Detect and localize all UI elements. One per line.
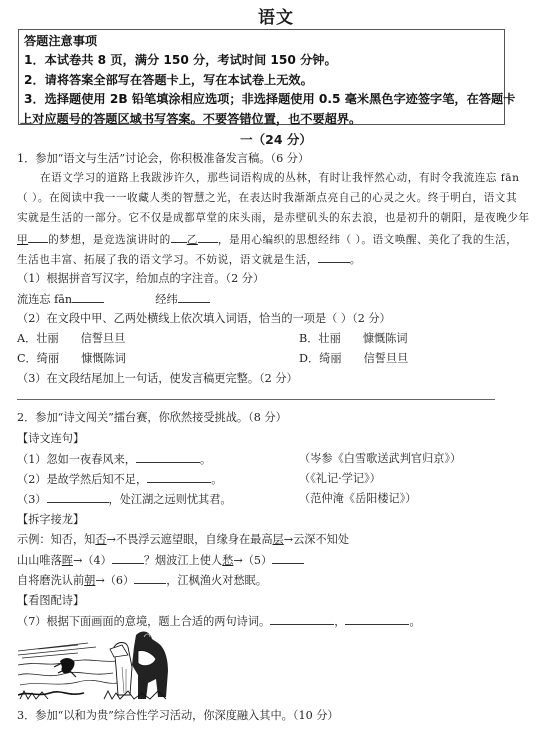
pinyin-item: 流连忘 fān (17, 293, 72, 306)
notice-item: 2．请将答案全部写在答题卡上，写在本试卷上无效。 (24, 71, 500, 90)
answer-blank-jingwei[interactable] (178, 291, 210, 303)
answer-line[interactable] (17, 399, 495, 400)
passage-line: 生活也丰富、拓展了我的语文学习。不妨说，语文就是生活，。 (17, 251, 361, 268)
page-title: 语文 (0, 3, 552, 28)
chain-example: 示例：知否，知否→不畏浮云遮望眼，自缘身在最高层→云深不知处 (17, 532, 349, 547)
verse-item: （3），处江湖之远则忧其君。 （范仲淹《岳阳楼记》） (17, 491, 537, 507)
verse-source: （岑参《白雪歌送武判官归京》） (299, 451, 461, 466)
passage-line: 在语文学习的道路上我跋涉许久，那些词语构成的丛林，有时让我怦然心动，有时令我流连… (40, 171, 520, 186)
passage-line: （ ）。在阅读中我一一收藏人类的智慧之光，在表达时我渐渐点亮自己的心灵之火。终于… (17, 191, 517, 206)
question-1-stem: 1．参加“语文与生活”讨论会，你积极准备发言稿。（6 分） (17, 151, 309, 166)
notice-heading: 答题注意事项 (24, 32, 500, 51)
notice-item: 3．选择题使用 2B 铅笔填涂相应选项；非选择题使用 0.5 毫米黑色字迹签字笔… (24, 90, 500, 109)
blank-jia[interactable] (28, 231, 48, 243)
blank-ending[interactable] (318, 251, 350, 263)
chain-blank-5[interactable] (272, 552, 304, 564)
passage-text: 的梦想，是竞选演讲时的 (48, 234, 171, 246)
section-heading: 一（24 分） (0, 130, 552, 148)
option-b[interactable]: B．壮丽慷慨陈词 (299, 331, 408, 346)
sub-question-3: （3）在文段结尾加上一句话，使发言稿更完整。（2 分） (17, 371, 298, 386)
sub-question-1: （1）根据拼音写汉字，给加点的字注音。（2 分） (17, 271, 264, 286)
question-3-stem: 3．参加“以和为贵”综合性学习活动，你深度融入其中。（10 分） (17, 708, 339, 723)
passage-text: 生活也丰富、拓展了我的语文学习。不妨说，语文就是生活， (17, 254, 318, 266)
passage-text: 。 (350, 254, 361, 266)
passage-line: 甲的梦想，是竞选演讲时的乙，是用心编织的思想经纬（ ）。语文唤醒、美化了我的生活… (17, 231, 517, 248)
options-row: A．壮丽信誓旦旦 B．壮丽慷慨陈词 (17, 331, 537, 346)
verse-blank-3[interactable] (47, 491, 109, 503)
part-heading: 【拆字接龙】 (17, 512, 84, 527)
options-row: C．绮丽慷慨陈词 D．绮丽信誓旦旦 (17, 351, 537, 366)
option-c[interactable]: C．绮丽慷慨陈词 (17, 352, 126, 365)
blank-yi-label: 乙 (187, 234, 198, 246)
chain-line: 自将磨洗认前朝→（6），江枫渔火对愁眠。 (17, 572, 267, 588)
notice-box: 答题注意事项 1．本试卷共 8 页，满分 150 分，考试时间 150 分钟。 … (18, 29, 505, 125)
option-a[interactable]: A．壮丽信誓旦旦 (17, 332, 125, 345)
verse-item: （1）忽如一夜春风来，。 （岑参《白雪歌送武判官归京》） (17, 451, 537, 467)
sub-question-1-items: 流连忘 fān 经纬 (17, 291, 210, 307)
poem-blank-2[interactable] (345, 613, 409, 625)
chain-blank-6[interactable] (134, 572, 166, 584)
poem-blank-1[interactable] (270, 613, 334, 625)
pronunciation-item: 经纬 (155, 293, 177, 306)
blank-yi-pre[interactable] (171, 231, 187, 243)
verse-blank-2[interactable] (147, 471, 211, 483)
question-2-stem: 2．参加“诗文闯关”擂台赛，你欣然接受挑战。（8 分） (17, 410, 287, 425)
blank-jia-label: 甲 (17, 234, 28, 246)
answer-blank-fan[interactable] (72, 291, 104, 303)
part-heading: 【看图配诗】 (17, 593, 84, 608)
verse-blank-1[interactable] (136, 451, 200, 463)
passage-line: 实就是生活的一部分。它不仅是成都草堂的床头雨，是赤壁矶头的东去浪，也是初升的朝阳… (17, 211, 530, 226)
chain-line: 山山唯落晖→（4）？烟波江上使人愁→（5） (17, 552, 304, 568)
exam-page: 语文 答题注意事项 1．本试卷共 8 页，满分 150 分，考试时间 150 分… (0, 0, 552, 738)
notice-item: 上对应题号的答题区域书写答案。不要答错位置，也不要超界。 (20, 110, 500, 129)
verse-item: （2）是故学然后知不足，。 （《礼记·学记》） (17, 471, 537, 487)
blank-yi[interactable] (198, 231, 218, 243)
part-heading: 【诗文连句】 (17, 431, 84, 446)
ink-illustration (18, 627, 170, 701)
notice-item: 1．本试卷共 8 页，满分 150 分，考试时间 150 分钟。 (24, 51, 500, 70)
passage-text: ，是用心编织的思想经纬（ ）。语文唤醒、美化了我的生活， (218, 234, 518, 246)
verse-source: （《礼记·学记》） (299, 471, 381, 486)
chain-blank-4[interactable] (112, 552, 144, 564)
verse-source: （范仲淹《岳阳楼记》） (299, 491, 416, 506)
sub-question-2: （2）在文段中甲、乙两处横线上依次填入词语，恰当的一项是（ ）（2 分） (17, 311, 391, 326)
option-d[interactable]: D．绮丽信誓旦旦 (299, 351, 408, 366)
